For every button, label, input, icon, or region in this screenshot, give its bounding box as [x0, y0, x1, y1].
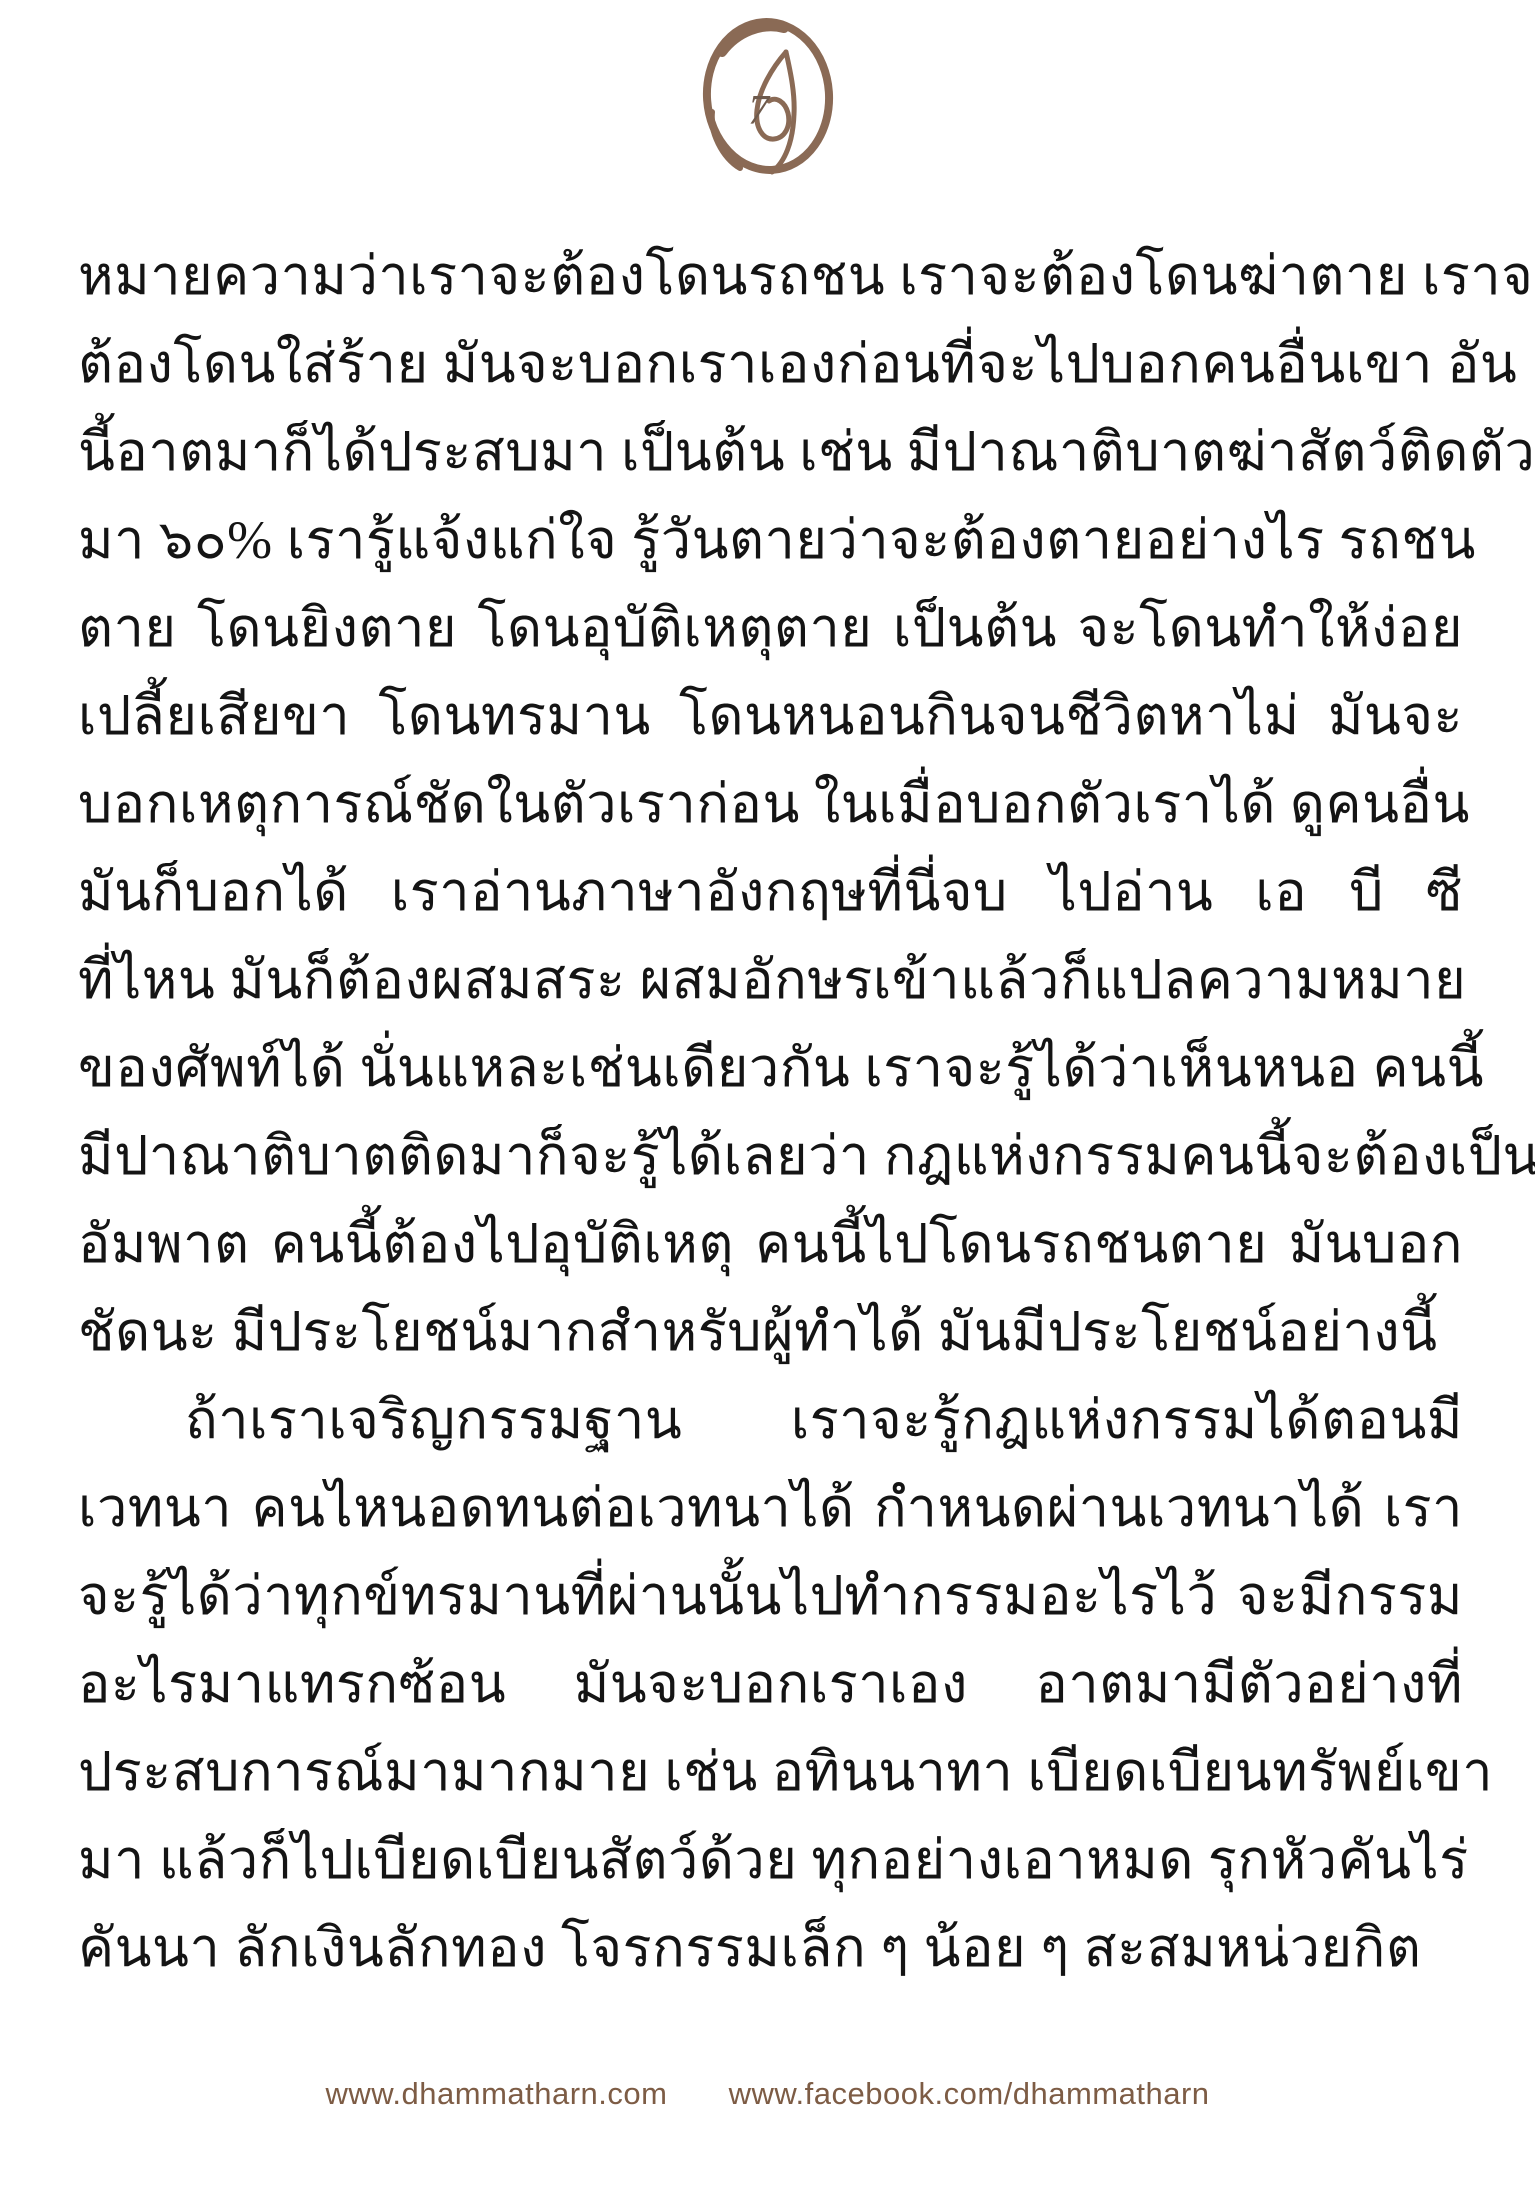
text-line: อัมพาต คนนี้ต้องไปอุบัติเหตุ คนนี้ไปโดนร… — [78, 1200, 1463, 1288]
book-page: 7 หมายความว่าเราจะต้องโดนรถชน เราจะต้องโ… — [0, 0, 1535, 2185]
text-line: ต้องโดนใส่ร้าย มันจะบอกเราเองก่อนที่จะไป… — [78, 320, 1463, 408]
dhamma-drop-logo-icon: 7 — [692, 12, 844, 176]
text-line: จะรู้ได้ว่าทุกข์ทรมานที่ผ่านนั้นไปทำกรรม… — [78, 1552, 1463, 1640]
facebook-url: www.facebook.com/dhammatharn — [729, 2076, 1210, 2111]
text-line: บอกเหตุการณ์ชัดในตัวเราก่อน ในเมื่อบอกตั… — [78, 760, 1463, 848]
page-footer: www.dhammatharn.com www.facebook.com/dha… — [0, 2076, 1535, 2112]
text-line: มันก็บอกได้ เราอ่านภาษาอังกฤษที่นี่จบ ไป… — [78, 848, 1463, 936]
paragraph-2: ถ้าเราเจริญกรรมฐาน เราจะรู้กฎแห่งกรรมได้… — [78, 1376, 1463, 1992]
body-text: หมายความว่าเราจะต้องโดนรถชน เราจะต้องโดน… — [78, 232, 1463, 1992]
text-line: หมายความว่าเราจะต้องโดนรถชน เราจะต้องโดน… — [78, 232, 1463, 320]
text-line: มีปาณาติบาตติดมาก็จะรู้ได้เลยว่า กฎแห่งก… — [78, 1112, 1463, 1200]
text-line: ของศัพท์ได้ นั่นแหละเช่นเดียวกัน เราจะรู… — [78, 1024, 1463, 1112]
chapter-logo: 7 — [0, 12, 1535, 176]
text-line: คันนา ลักเงินลักทอง โจรกรรมเล็ก ๆ น้อย ๆ… — [78, 1904, 1463, 1992]
text-line: ตาย โดนยิงตาย โดนอุบัติเหตุตาย เป็นต้น จ… — [78, 584, 1463, 672]
text-line: ชัดนะ มีประโยชน์มากสำหรับผู้ทำได้ มันมีป… — [78, 1288, 1463, 1376]
text-line: เปลี้ยเสียขา โดนทรมาน โดนหนอนกินจนชีวิตห… — [78, 672, 1463, 760]
page-number: 7 — [748, 88, 771, 134]
paragraph-1: หมายความว่าเราจะต้องโดนรถชน เราจะต้องโดน… — [78, 232, 1463, 1376]
text-line: ที่ไหน มันก็ต้องผสมสระ ผสมอักษรเข้าแล้วก… — [78, 936, 1463, 1024]
text-line: ประสบการณ์มามากมาย เช่น อทินนาทา เบียดเบ… — [78, 1728, 1463, 1816]
text-line: มา แล้วก็ไปเบียดเบียนสัตว์ด้วย ทุกอย่างเ… — [78, 1816, 1463, 1904]
text-line: นี้อาตมาก็ได้ประสบมา เป็นต้น เช่น มีปาณา… — [78, 408, 1463, 496]
text-line: เวทนา คนไหนอดทนต่อเวทนาได้ กำหนดผ่านเวทน… — [78, 1464, 1463, 1552]
text-line: มา ๖๐% เรารู้แจ้งแก่ใจ รู้วันตายว่าจะต้อ… — [78, 496, 1463, 584]
website-url: www.dhammatharn.com — [325, 2076, 667, 2111]
text-line: ถ้าเราเจริญกรรมฐาน เราจะรู้กฎแห่งกรรมได้… — [78, 1376, 1463, 1464]
text-line: อะไรมาแทรกซ้อน มันจะบอกเราเอง อาตมามีตัว… — [78, 1640, 1463, 1728]
